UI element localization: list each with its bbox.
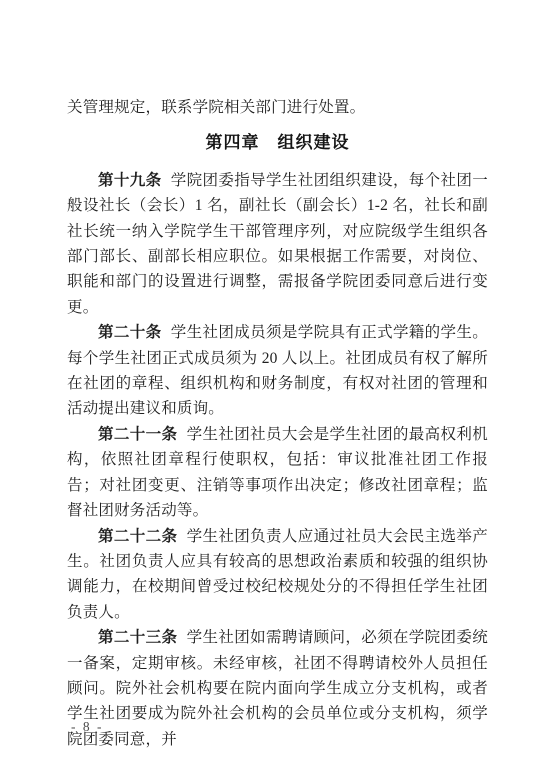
article-number: 第十九条: [98, 172, 161, 189]
article-paragraph-21: 第二十一条学生社团社员大会是学生社团的最高权利机构，依照社团章程行使职权，包括：…: [67, 422, 488, 524]
paragraph-continuation: 关管理规定，联系学院相关部门进行处置。: [67, 95, 488, 120]
article-paragraph-23: 第二十三条学生社团如需聘请顾问，必须在学院团委统一备案，定期审核。未经审核，社团…: [67, 625, 488, 752]
article-number: 第二十三条: [98, 629, 177, 646]
article-text: 学院团委指导学生社团组织建设，每个社团一般设社长（会长）1 名，副社长（副会长）…: [67, 172, 488, 316]
article-paragraph-22: 第二十二条学生社团负责人应通过社员大会民主选举产生。社团负责人应具有较高的思想政…: [67, 524, 488, 626]
page-number: - 8 -: [71, 719, 104, 735]
article-number: 第二十一条: [98, 426, 177, 443]
document-page: 关管理规定，联系学院相关部门进行处置。 第四章 组织建设 第十九条学院团委指导学…: [0, 0, 554, 783]
document-body: 关管理规定，联系学院相关部门进行处置。 第四章 组织建设 第十九条学院团委指导学…: [67, 95, 488, 752]
article-text: 学生社团如需聘请顾问，必须在学院团委统一备案，定期审核。未经审核，社团不得聘请校…: [67, 629, 488, 748]
article-paragraph-20: 第二十条学生社团成员须是学院具有正式学籍的学生。每个学生社团正式成员须为 20 …: [67, 320, 488, 422]
article-number: 第二十二条: [98, 528, 177, 545]
chapter-heading: 第四章 组织建设: [67, 130, 488, 155]
article-paragraph-19: 第十九条学院团委指导学生社团组织建设，每个社团一般设社长（会长）1 名，副社长（…: [67, 168, 488, 320]
article-number: 第二十条: [98, 324, 161, 341]
